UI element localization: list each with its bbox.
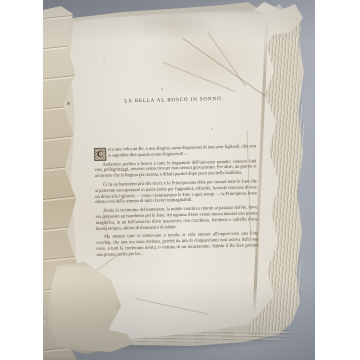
printed-text-block: LA BELLA AL BOSCO IN SONNO. Cera una vol…: [93, 96, 259, 260]
page-paragraph: Ci fu un battesimo più che ricco; e la P…: [95, 178, 257, 205]
page-paragraph: Ma mentre tutti si mettevano a tavola, s…: [96, 231, 258, 258]
page-paragraph: Andarono perfino a bearsi a tutte le bag…: [94, 158, 256, 179]
page-paragraph: Finita la cerimonia del battesimo, la no…: [95, 204, 257, 231]
book-photograph: LA BELLA AL BOSCO IN SONNO. Cera una vol…: [43, 0, 315, 360]
foxing-spot: [161, 88, 163, 90]
foxing-spot: [103, 60, 105, 62]
ornate-drop-cap: C: [94, 147, 106, 160]
paragraph-text: era una volta un Re, e una Regina, tanto…: [108, 143, 256, 157]
photo-matte: LA BELLA AL BOSCO IN SONNO. Cera una vol…: [0, 0, 360, 360]
page-paragraph: Cera una volta un Re, e una Regina, tant…: [94, 143, 256, 158]
story-body: Cera una volta un Re, e una Regina, tant…: [94, 143, 258, 257]
foxing-spot: [67, 102, 70, 105]
